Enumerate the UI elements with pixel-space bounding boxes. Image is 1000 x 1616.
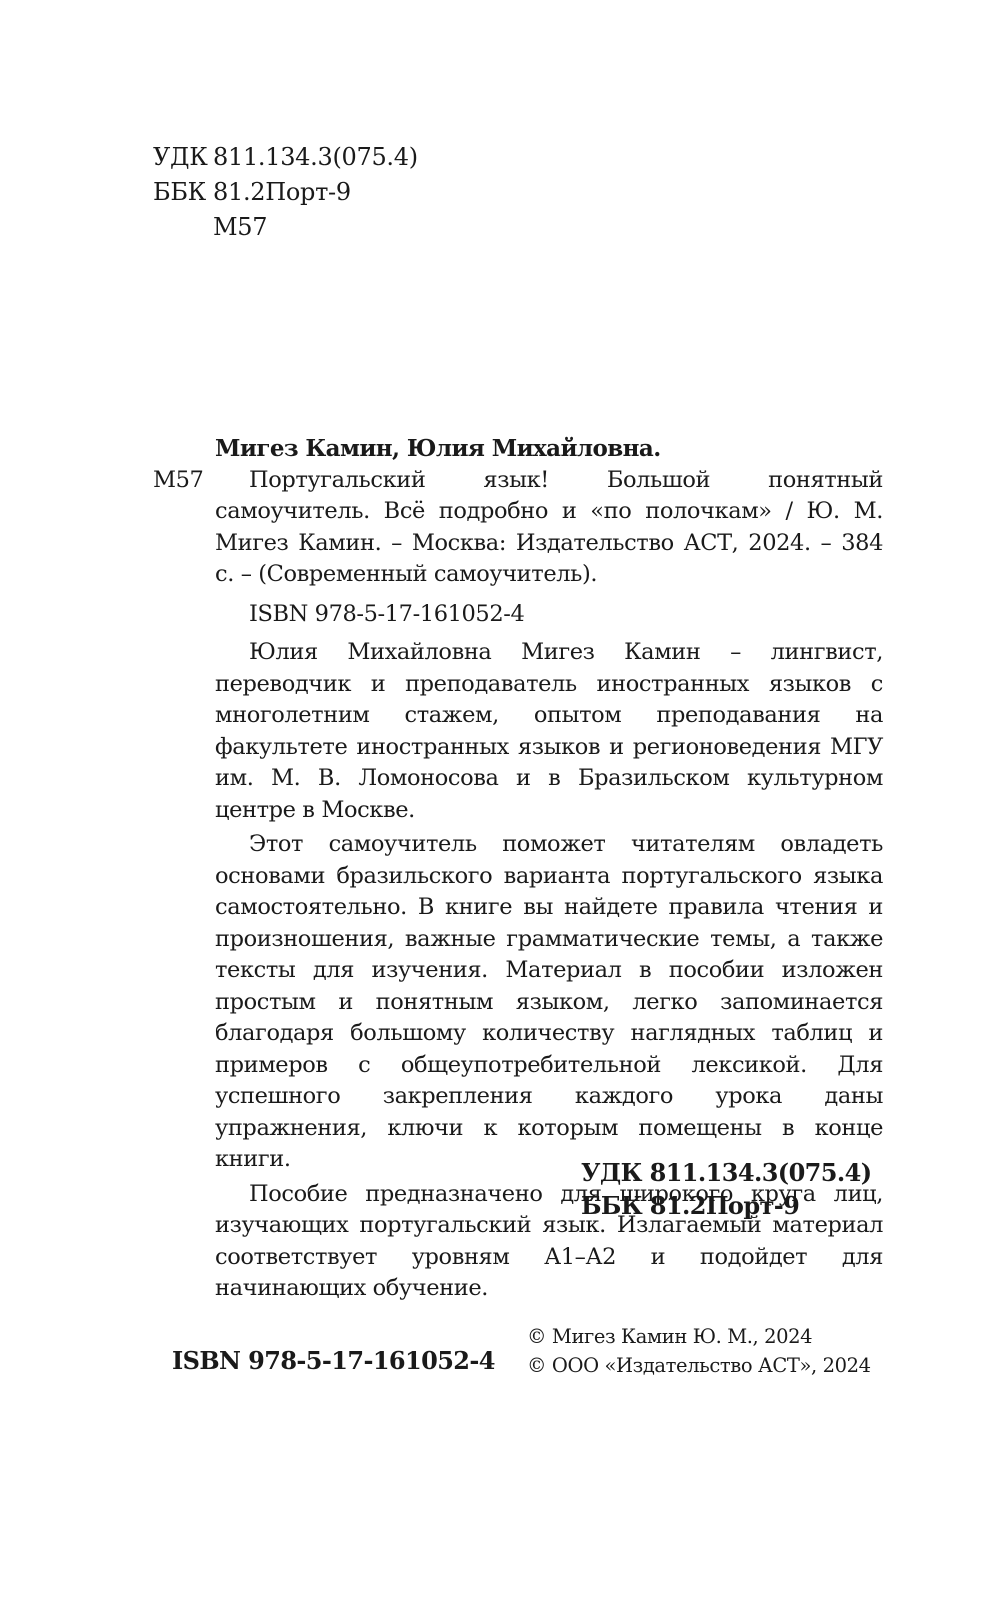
udk-label: УДК xyxy=(153,140,213,175)
author-heading: Мигез Камин, Юлия Михайловна. xyxy=(215,433,883,465)
copyright-publisher: © ООО «Издательство АСТ», 2024 xyxy=(527,1351,871,1380)
author-mark: М57 xyxy=(153,465,203,497)
isbn-footer: ISBN 978-5-17-161052-4 xyxy=(172,1346,495,1375)
isbn-line: ISBN 978-5-17-161052-4 xyxy=(215,599,883,631)
copyright-page: УДК811.134.3(075.4) ББК81.2Порт-9 М57 Ми… xyxy=(0,0,1000,1616)
annotation-paragraph-author: Юлия Михайловна Мигез Камин – лингвист, … xyxy=(215,637,883,826)
udk-row: УДК811.134.3(075.4) xyxy=(153,140,418,175)
bbk-value: 81.2Порт-9 xyxy=(213,178,351,206)
bbk-row: ББК81.2Порт-9 xyxy=(153,175,418,210)
copyright-author: © Мигез Камин Ю. М., 2024 xyxy=(527,1322,871,1351)
udk-bold: УДК 811.134.3(075.4) xyxy=(581,1156,871,1189)
copyright-notices: © Мигез Камин Ю. М., 2024 © ООО «Издател… xyxy=(527,1322,871,1380)
classification-top-block: УДК811.134.3(075.4) ББК81.2Порт-9 М57 xyxy=(153,140,418,245)
bbk-bold: ББК 81.2Порт-9 xyxy=(581,1189,871,1222)
classification-bottom-block: УДК 811.134.3(075.4) ББК 81.2Порт-9 xyxy=(581,1156,871,1222)
bbk-label: ББК xyxy=(153,175,213,210)
author-mark-top: М57 xyxy=(153,210,418,245)
annotation-paragraph-content: Этот самоучитель поможет читателям овлад… xyxy=(215,829,883,1176)
udk-value: 811.134.3(075.4) xyxy=(213,143,418,171)
bibliographic-description: Португальский язык! Большой понятный сам… xyxy=(215,465,883,591)
